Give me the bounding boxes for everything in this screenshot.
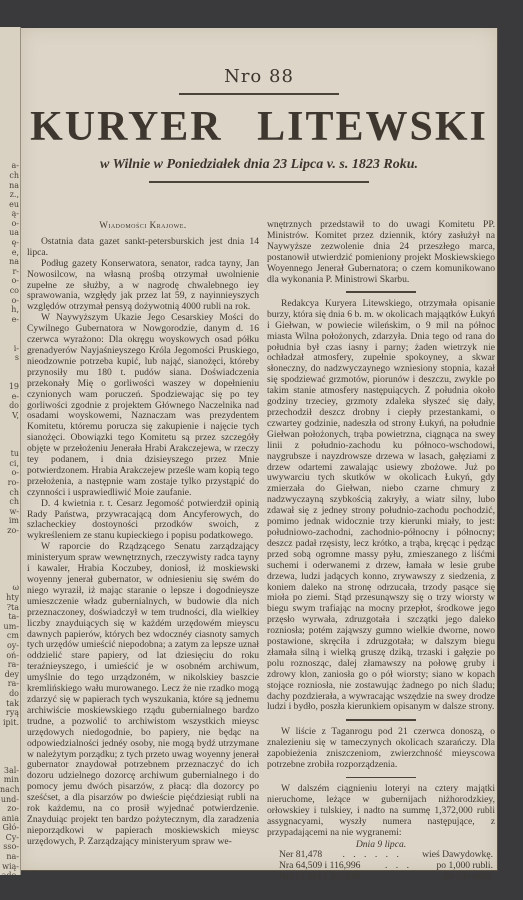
lottery-result-row: Nra 11,861 i 162,889 . . . po 500 rubli. [267,872,495,883]
article-paragraph: Ostatnia data gazet sankt-petersburskich… [27,237,259,259]
issue-number: Nro 88 [21,66,497,87]
lottery-intro-paragraph: W dalszém ciągnieniu loteryi na cztery m… [267,784,495,839]
right-column: wnętrznych przedstawił to do uwagi Komit… [267,220,495,883]
continuation-paragraph: wnętrznych przedstawił to do uwagi Komit… [267,220,495,285]
article-divider [346,777,416,779]
masthead-rule-bottom [149,181,369,183]
lottery-prize: po 500 rubli. [444,872,493,883]
article-paragraph: W raporcie do Rządzącego Senatu zarządza… [27,542,259,847]
newspaper-page: Nro 88 KURYER LITEWSKI w Wilnie w Ponied… [21,28,498,871]
adjacent-page-edge: a- ch na z., eu ą- o- ua ę- e, na r- o- … [0,27,21,875]
dateline: w Wilnie w Poniedziałek dnia 23 Lipca v.… [21,157,497,173]
masthead-rule-top [179,93,339,95]
taganrog-notice-paragraph: W liście z Taganrogu pod 21 czerwca dono… [267,727,495,771]
adjacent-page-text-fragments: a- ch na z., eu ą- o- ua ę- e, na r- o- … [0,27,20,875]
title-word-2: LITEWSKI [257,104,488,150]
masthead: Nro 88 KURYER LITEWSKI w Wilnie w Ponied… [21,66,497,183]
section-heading: Wiadomości Krajowe. [27,220,259,231]
lottery-numbers: Nra 11,861 i 162,889 [279,872,360,883]
article-paragraph: Podług gazety Konserwatora, senator, rad… [27,259,259,314]
left-column: Wiadomości Krajowe. Ostatnia data gazet … [27,220,259,848]
storm-report-paragraph: Redakcya Kuryera Litewskiego, otrzymała … [267,299,495,713]
article-divider [346,719,416,721]
leader-dots: . . . [360,872,443,883]
article-divider [346,291,416,293]
title-word-1: KURYER [30,104,223,150]
newspaper-title: KURYER LITEWSKI [21,103,497,151]
article-paragraph: W Naywyższym Ukazie Jego Cesarskiey Mośc… [27,313,259,498]
article-paragraph: D. 4 kwietnia r. t. Cesarz Jegomość potw… [27,499,259,543]
